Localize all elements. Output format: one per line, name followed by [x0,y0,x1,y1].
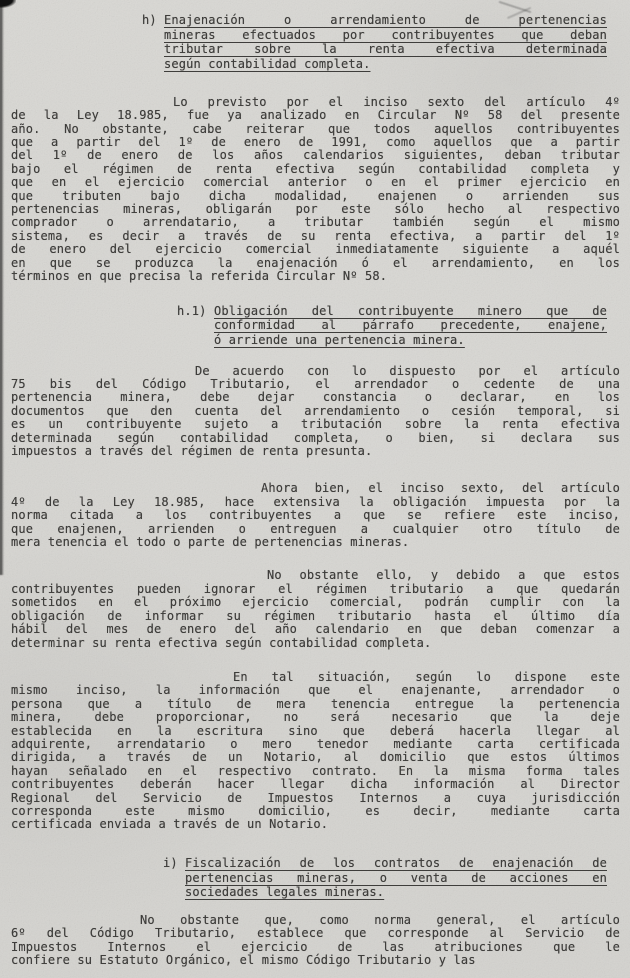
text-line: hayan señalado en el respectivo contrato… [11,765,620,778]
text-line: documentos que den cuenta del arrendamie… [11,405,620,418]
text-line: impuestos a través del régimen de renta … [11,445,620,458]
text-line: que enajenen, arrienden o entreguen a cu… [11,523,620,536]
text-line: 6º del Código Tributario, establece que … [11,927,620,940]
text-line: certificada enviada a través de un Notar… [11,818,620,831]
text-line: pertenencia minera, debe dejar constanci… [11,391,620,404]
text-line: 75 bis del Código Tributario, el arrenda… [11,378,620,391]
text-line: es un contribuyente sujeto a tributación… [11,418,620,431]
text-line: según contabilidad completa. [164,57,607,72]
text-line: obligación de informar su régimen tribut… [11,610,620,623]
document-body: h) Enajenación o arrendamiento de perten… [0,0,630,968]
section-label-i: i) [163,856,178,870]
text-line: sociedades legales mineras. [185,885,607,900]
text-line: ó arriende una pertenencia minera. [214,333,607,348]
text-line: establecida en la escritura sino que deb… [11,725,620,738]
text-line: Impuestos Internos el ejercicio de las a… [11,941,620,954]
text-line: hábil del mes de enero del año calendari… [11,623,620,636]
text-line: corresponda este mismo domicilio, es dec… [11,805,620,818]
text-line: en que se produzca la enajenación ó el a… [11,257,620,270]
text-line: mera tenencia el todo o parte de pertene… [11,536,620,549]
text-line: 4º de la Ley 18.985, hace extensiva la o… [11,496,620,509]
text-line: determinada según contabilidad completa,… [11,432,620,445]
text-line: tributar sobre la renta efectiva determi… [164,42,607,57]
text-line: que en el ejercicio comercial anterior o… [11,176,620,189]
text-line: No obstante que, como norma general, el … [11,914,620,927]
paragraph-6: No obstante que, como norma general, el … [11,914,620,968]
text-line: En tal situación, según lo dispone este [11,671,620,684]
text-line: pertenencias mineras, obligarán por este… [11,203,620,216]
section-title-i: Fiscalización de los contratos de enajen… [185,856,607,900]
section-label-h: h) [142,13,157,27]
text-line: contribuyentes deberán hacer llegar dich… [11,778,620,791]
text-line: Fiscalización de los contratos de enajen… [185,856,607,871]
section-heading-i: i) Fiscalización de los contratos de ena… [185,856,607,900]
text-line: que a partir del 1º de enero de 1991, co… [11,136,620,149]
text-line: Enajenación o arrendamiento de pertenenc… [164,13,607,28]
text-line: pertenencias mineras, o venta de accione… [185,871,607,886]
text-line: persona que a título de mera tenencia en… [11,698,620,711]
text-line: comprador o arrendatario, a tributar tam… [11,216,620,229]
section-title-h: Enajenación o arrendamiento de pertenenc… [164,13,607,72]
section-heading-h1: h.1) Obligación del contribuyente minero… [214,304,607,348]
text-line: términos en que precisa la referida Circ… [11,270,620,283]
paragraph-4: No obstante ello, y debido a que estosco… [11,569,620,649]
text-line: De acuerdo con lo dispuesto por el artíc… [11,365,620,378]
text-line: No obstante ello, y debido a que estos [11,569,620,582]
text-line: Regional del Servicio de Impuestos Inter… [11,792,620,805]
text-line: año. No obstante, cabe reiterar que todo… [11,123,620,136]
text-line: mineras efectuados por contribuyentes qu… [164,28,607,43]
text-line: mismo inciso, la información que el enaj… [11,684,620,697]
section-title-h1: Obligación del contribuyente minero que … [214,304,607,348]
text-line: Ahora bien, el inciso sexto, del artícul… [11,482,620,495]
scanned-document-page: h) Enajenación o arrendamiento de perten… [0,0,630,978]
text-line: adquirente, arrendatario o mero tenedor … [11,738,620,751]
section-label-h1: h.1) [177,304,207,318]
text-line: sometidos en el próximo ejercicio comerc… [11,596,620,609]
paragraph-2: De acuerdo con lo dispuesto por el artíc… [11,365,620,459]
text-line: contribuyentes pueden ignorar el régimen… [11,583,620,596]
text-line: Obligación del contribuyente minero que … [214,304,607,319]
text-line: conformidad al párrafo precedente, enaje… [214,318,607,333]
text-line: Lo previsto por el inciso sexto del artí… [11,96,620,109]
paragraph-5: En tal situación, según lo dispone estem… [11,671,620,832]
text-line: norma citada a los contribuyentes a que … [11,509,620,522]
paragraph-1: Lo previsto por el inciso sexto del artí… [11,96,620,284]
text-line: determinar su renta efectiva según conta… [11,637,620,650]
paragraph-3: Ahora bien, el inciso sexto, del artícul… [11,482,620,549]
text-line: del 1º de enero de los años calendarios … [11,149,620,162]
text-line: bajo el régimen de renta efectiva según … [11,163,620,176]
text-line: de enero del ejercicio comercial inmedia… [11,243,620,256]
text-line: minera, debe proporcionar, no será neces… [11,711,620,724]
text-line: que tributen bajo dicha modalidad, enaje… [11,190,620,203]
text-line: sistema, es decir a través de su renta e… [11,230,620,243]
text-line: dirigida, a través de un Notario, al dom… [11,751,620,764]
section-heading-h: h) Enajenación o arrendamiento de perten… [164,13,607,72]
text-line: confiere su Estatuto Orgánico, el mismo … [11,954,620,967]
text-line: de la Ley 18.985, fue ya analizado en Ci… [11,109,620,122]
